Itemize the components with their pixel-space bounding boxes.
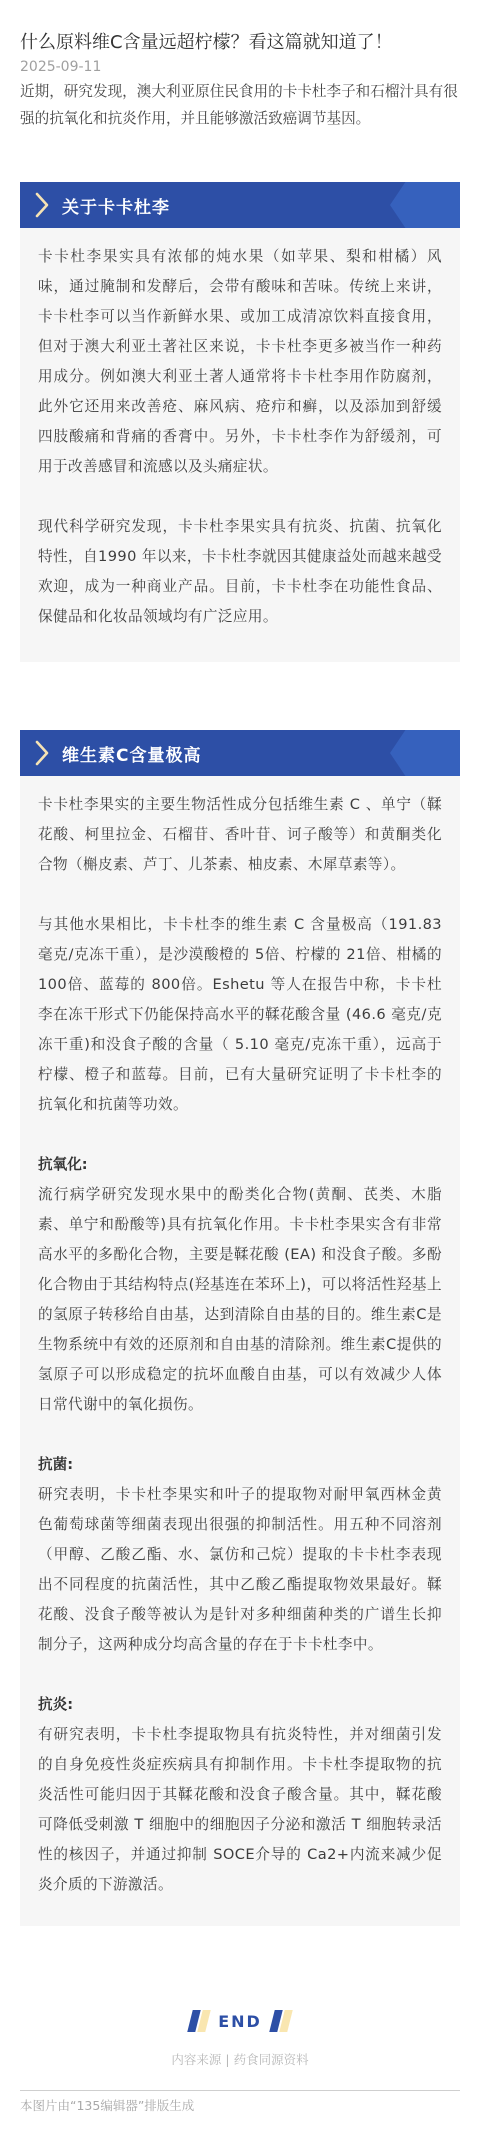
- section-title: 关于卡卡杜李: [62, 193, 170, 218]
- paragraph-antibacterial: 研究表明，卡卡杜李果实和叶子的提取物对耐甲氧西林金黄色葡萄球菌等细菌表现出很强的…: [38, 1480, 442, 1660]
- subheading-antioxidant: 抗氧化:: [38, 1150, 442, 1180]
- chevron-right-icon: [28, 182, 56, 228]
- slash-decoration-icon: [272, 2010, 290, 2032]
- section-vitamin-c: 维生素C含量极高 卡卡杜李果实的主要生物活性成分包括维生素 C 、单宁（鞣花酸、…: [0, 730, 480, 1926]
- publish-date: 2025-09-11: [20, 57, 460, 77]
- article-title: 什么原料维C含量远超柠檬？看这篇就知道了！: [20, 0, 460, 56]
- divider: [20, 2090, 460, 2091]
- section-title: 维生素C含量极高: [62, 741, 201, 766]
- content-source: 内容来源 | 药食同源资料: [0, 2050, 480, 2068]
- slash-decoration-icon: [190, 2010, 208, 2032]
- subheading-antibacterial: 抗菌:: [38, 1450, 442, 1480]
- header-decoration: [390, 730, 460, 776]
- section-body: 卡卡杜李果实的主要生物活性成分包括维生素 C 、单宁（鞣花酸、柯里拉金、石榴苷、…: [20, 776, 460, 1926]
- header-decoration: [390, 182, 460, 228]
- editor-credit: 本图片由“135编辑器”排版生成: [20, 2096, 460, 2114]
- article-intro: 近期，研究发现，澳大利亚原住民食用的卡卡杜李子和石榴汁具有很强的抗氧化和抗炎作用…: [20, 78, 460, 132]
- section-about-kakadu-plum: 关于卡卡杜李 卡卡杜李果实具有浓郁的炖水果（如苹果、梨和柑橘）风味，通过腌制和发…: [0, 182, 480, 662]
- paragraph: 与其他水果相比，卡卡杜李的维生素 C 含量极高（191.83 毫克/克冻干重），…: [38, 910, 442, 1120]
- end-badge-wrap: END: [0, 2004, 480, 2038]
- paragraph-antioxidant: 流行病学研究发现水果中的酚类化合物(黄酮、芪类、木脂素、单宁和酚酸等)具有抗氧化…: [38, 1180, 442, 1420]
- article-header: 什么原料维C含量远超柠檬？看这篇就知道了！ 2025-09-11 近期，研究发现…: [0, 0, 480, 132]
- chevron-right-icon: [28, 730, 56, 776]
- article-ending: END 内容来源 | 药食同源资料 本图片由“135编辑器”排版生成: [0, 2004, 480, 2114]
- section-body: 卡卡杜李果实具有浓郁的炖水果（如苹果、梨和柑橘）风味，通过腌制和发酵后，会带有酸…: [20, 228, 460, 662]
- section-header: 维生素C含量极高: [20, 730, 460, 776]
- paragraph: 现代科学研究发现，卡卡杜李果实具有抗炎、抗菌、抗氧化特性，自1990 年以来，卡…: [38, 512, 442, 632]
- section-header: 关于卡卡杜李: [20, 182, 460, 228]
- end-label: END: [218, 2012, 262, 2031]
- end-badge: END: [178, 2004, 302, 2038]
- subheading-anti-inflammatory: 抗炎:: [38, 1690, 442, 1720]
- paragraph: 卡卡杜李果实的主要生物活性成分包括维生素 C 、单宁（鞣花酸、柯里拉金、石榴苷、…: [38, 790, 442, 880]
- paragraph: 卡卡杜李果实具有浓郁的炖水果（如苹果、梨和柑橘）风味，通过腌制和发酵后，会带有酸…: [38, 242, 442, 482]
- paragraph-anti-inflammatory: 有研究表明，卡卡杜李提取物具有抗炎特性，并对细菌引发的自身免疫性炎症疾病具有抑制…: [38, 1720, 442, 1900]
